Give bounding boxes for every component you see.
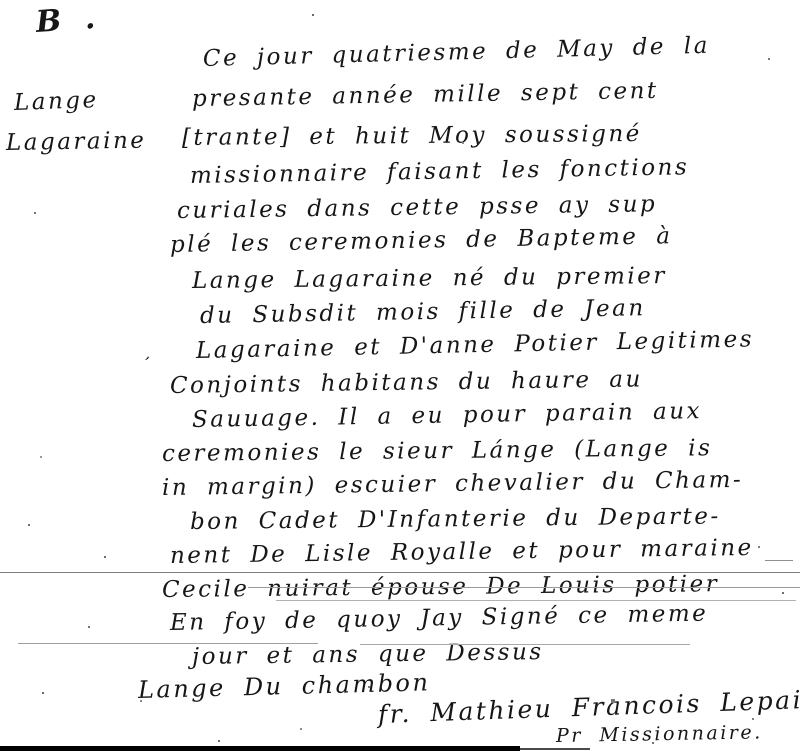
signature-lange-du-chambon: Lange Du chambon [138,670,431,702]
scan-line-artifact [765,560,793,561]
scan-line-artifact [248,587,800,588]
signature-priest-title: Pr Missionnaire. [556,723,763,746]
scan-noise [0,0,2,2]
handwriting-line: Sauuage. Il a eu pour parain aux [192,400,702,432]
handwriting-line: du Subsdit mois fille de Jean [200,297,646,328]
scan-line-artifact [18,643,318,644]
handwriting-line: in margin) escuier chevalier du Cham- [162,469,744,500]
scan-edge-bar [520,748,590,750]
document-page: B . Lange Lagaraine , Ce jour quatriesme… [0,0,800,751]
margin-letter-b: B . [35,4,99,38]
handwriting-line: Conjoints habitans du haure au [170,368,643,398]
scan-line-artifact [360,644,690,645]
handwriting-line: Lange Lagaraine né du premier [192,265,667,293]
handwriting-line: jour et ans que Dessus [192,641,544,669]
margin-side-mark: , [145,346,155,362]
handwriting-line: nent De Lisle Royalle et pour maraine [170,537,754,568]
handwriting-line: ceremonies le sieur Lánge (Lange is [162,437,713,466]
handwriting-line: [trante] et huit Moy soussigné [182,123,642,150]
scan-edge-bar [0,746,520,751]
handwriting-line: En foy de quoy Jay Signé ce meme [170,603,709,635]
handwriting-line: Lagaraine et D'anne Potier Legitimes [196,328,754,363]
handwriting-line: curiales dans cette psse ay sup [177,193,657,223]
handwriting-line: missionnaire faisant les fonctions [190,156,690,188]
handwriting-line: bon Cadet D'Infanterie du Departe- [190,505,721,534]
handwriting-line: presante année mille sept cent [192,80,659,111]
scan-line-artifact [276,600,796,601]
handwriting-line: plé les ceremonies de Bapteme à [170,225,673,257]
margin-name-line-2: Lagaraine [6,130,147,155]
margin-name-line-1: Lange [14,89,99,115]
scan-line-artifact [0,572,800,573]
handwriting-line: Ce jour quatriesme de May de la [203,35,710,71]
